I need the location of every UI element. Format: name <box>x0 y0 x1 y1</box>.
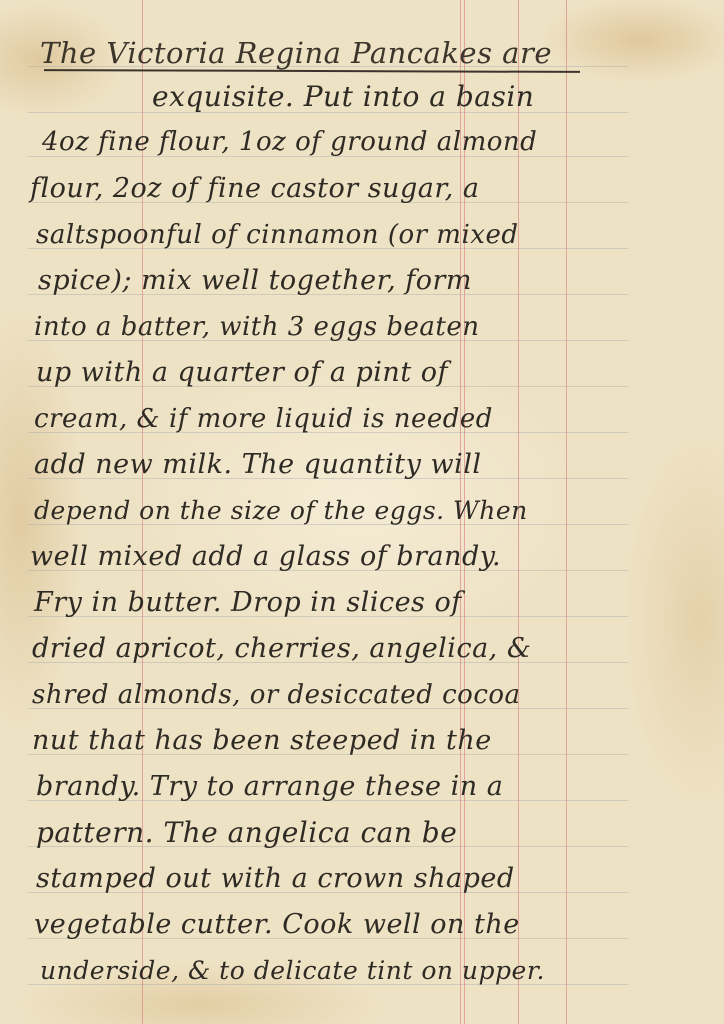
recipe-line: well mixed add a glass of brandy. <box>30 540 501 574</box>
recipe-line: into a batter, with 3 eggs beaten <box>34 310 479 344</box>
handwritten-recipe: The Victoria Regina Pancakes are exquisi… <box>0 0 724 1024</box>
recipe-line: depend on the size of the eggs. When <box>34 494 528 528</box>
recipe-line: underside, & to delicate tint on upper. <box>40 954 545 988</box>
recipe-line: spice); mix well together, form <box>38 264 472 298</box>
recipe-line: 4oz fine flour, 1oz of ground almond <box>42 125 537 159</box>
recipe-line: up with a quarter of a pint of <box>36 356 448 390</box>
recipe-title: The Victoria Regina Pancakes are <box>40 36 552 70</box>
recipe-line: Fry in butter. Drop in slices of <box>34 586 462 620</box>
recipe-line: pattern. The angelica can be <box>36 816 457 850</box>
recipe-line: exquisite. Put into a basin <box>152 80 534 114</box>
recipe-line: nut that has been steeped in the <box>32 724 492 758</box>
recipe-line: add new milk. The quantity will <box>34 448 482 482</box>
recipe-line: stamped out with a crown shaped <box>36 862 515 896</box>
recipe-line: shred almonds, or desiccated cocoa <box>32 678 521 712</box>
recipe-line: brandy. Try to arrange these in a <box>36 770 503 804</box>
notebook-page: The Victoria Regina Pancakes are exquisi… <box>0 0 724 1024</box>
recipe-line: dried apricot, cherries, angelica, & <box>32 632 531 666</box>
recipe-line: cream, & if more liquid is needed <box>34 402 493 436</box>
recipe-line: vegetable cutter. Cook well on the <box>34 908 520 942</box>
recipe-line: flour, 2oz of fine castor sugar, a <box>30 172 480 206</box>
recipe-line: saltspoonful of cinnamon (or mixed <box>36 218 518 252</box>
